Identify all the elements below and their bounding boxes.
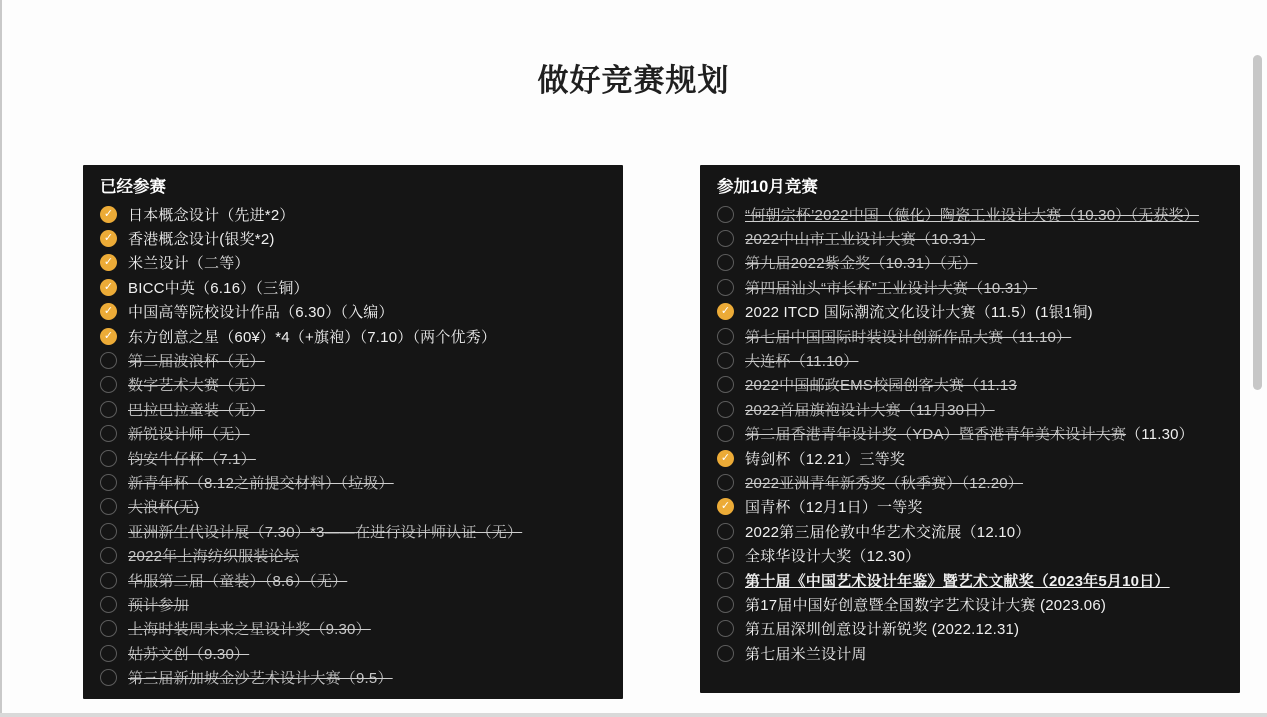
unchecked-circle-icon[interactable] [100, 523, 117, 540]
item-label: 第五届深圳创意设计新锐奖 (2022.12.31) [745, 618, 1019, 639]
checklist-item[interactable]: 2022中国邮政EMS校园创客大赛（11.13 [717, 373, 1226, 397]
item-label: 第九届2022紫金奖（10.31）（无） [745, 252, 977, 273]
item-label: BICC中英（6.16）（三铜） [128, 277, 309, 298]
checked-circle-icon[interactable]: ✓ [717, 303, 734, 320]
item-label: 数字艺术大赛（无） [128, 374, 265, 395]
checklist-item[interactable]: 第四届汕头“市长杯”工业设计大赛（10.31） [717, 275, 1226, 299]
checked-circle-icon[interactable]: ✓ [100, 279, 117, 296]
unchecked-circle-icon[interactable] [100, 572, 117, 589]
unchecked-circle-icon[interactable] [717, 230, 734, 247]
unchecked-circle-icon[interactable] [717, 254, 734, 271]
checklist-item[interactable]: 2022中山市工业设计大赛（10.31） [717, 226, 1226, 250]
item-label: 2022第三届伦敦中华艺术交流展（12.10） [745, 521, 1031, 542]
item-label: 新青年杯（8.12之前提交材料）（垃圾） [128, 472, 394, 493]
unchecked-circle-icon[interactable] [717, 401, 734, 418]
unchecked-circle-icon[interactable] [100, 645, 117, 662]
checked-circle-icon[interactable]: ✓ [717, 498, 734, 515]
item-label: 2022亚洲青年新秀奖（秋季赛）（12.20） [745, 472, 1023, 493]
item-label: “何朝宗杯’2022中国（德化）陶瓷工业设计大赛（10.30）（无获奖） [745, 204, 1199, 225]
item-label: 2022首届旗袍设计大赛（11月30日） [745, 399, 995, 420]
item-label: 第17届中国好创意暨全国数字艺术设计大赛 (2023.06) [745, 594, 1106, 615]
item-label: 亚洲新生代设计展（7.30）*3——在进行设计师认证（无） [128, 521, 522, 542]
unchecked-circle-icon[interactable] [717, 206, 734, 223]
checklist-item[interactable]: ✓ 米兰设计（二等） [100, 251, 609, 275]
checklist-item[interactable]: 第七届中国国际时装设计创新作品大赛（11.10） [717, 324, 1226, 348]
checklist-item[interactable]: 巴拉巴拉童装（无） [100, 397, 609, 421]
checklist-item[interactable]: 第十届《中国艺术设计年鉴》暨艺术文献奖（2023年5月10日） [717, 568, 1226, 592]
checklist-item[interactable]: 姑苏文创（9.30） [100, 641, 609, 665]
checklist-item[interactable]: 华服第二届（童装）（8.6）（无） [100, 568, 609, 592]
item-label: 新锐设计师（无） [128, 423, 250, 444]
checked-circle-icon[interactable]: ✓ [717, 450, 734, 467]
item-label: 2022中山市工业设计大赛（10.31） [745, 228, 985, 249]
unchecked-circle-icon[interactable] [717, 596, 734, 613]
item-label: 第三届新加坡金沙艺术设计大赛（9.5） [128, 667, 393, 688]
unchecked-circle-icon[interactable] [717, 328, 734, 345]
checklist-item[interactable]: 2022首届旗袍设计大赛（11月30日） [717, 397, 1226, 421]
scrollbar-thumb[interactable] [1253, 55, 1262, 390]
note-page: 做好竞赛规划 已经参赛 ✓ 日本概念设计（先进*2） ✓ 香港概念设计(银奖*2… [0, 0, 1267, 717]
checklist-item[interactable]: 亚洲新生代设计展（7.30）*3——在进行设计师认证（无） [100, 519, 609, 543]
item-label: 第二届香港青年设计奖（YDA）暨香港青年美术设计大赛 [745, 423, 1126, 444]
checklist-item[interactable]: 第二届香港青年设计奖（YDA）暨香港青年美术设计大赛（11.30） [717, 422, 1226, 446]
unchecked-circle-icon[interactable] [717, 474, 734, 491]
checklist-item[interactable]: 2022第三届伦敦中华艺术交流展（12.10） [717, 519, 1226, 543]
checked-circle-icon[interactable]: ✓ [100, 254, 117, 271]
item-label: 香港概念设计(银奖*2) [128, 228, 275, 249]
bottom-edge [0, 713, 1267, 717]
item-label: 铸剑杯（12.21）三等奖 [745, 448, 905, 469]
checklist-item[interactable]: 第二届波浪杯（无） [100, 348, 609, 372]
unchecked-circle-icon[interactable] [717, 620, 734, 637]
panel-header: 参加10月竞赛 [717, 175, 1226, 202]
unchecked-circle-icon[interactable] [100, 669, 117, 686]
unchecked-circle-icon[interactable] [100, 425, 117, 442]
checked-circle-icon[interactable]: ✓ [100, 303, 117, 320]
checklist-item[interactable]: 第17届中国好创意暨全国数字艺术设计大赛 (2023.06) [717, 592, 1226, 616]
checklist-item[interactable]: 钧安牛仔杯（7.1） [100, 446, 609, 470]
checklist-item[interactable]: 大浪杯(无) [100, 495, 609, 519]
checklist-item[interactable]: 新锐设计师（无） [100, 422, 609, 446]
item-label: 大连杯（11.10） [745, 350, 858, 371]
unchecked-circle-icon[interactable] [717, 547, 734, 564]
checklist-item[interactable]: 2022亚洲青年新秀奖（秋季赛）（12.20） [717, 470, 1226, 494]
checklist-item[interactable]: 上海时装周未来之星设计奖（9.30） [100, 617, 609, 641]
checklist: “何朝宗杯’2022中国（德化）陶瓷工业设计大赛（10.30）（无获奖） 202… [717, 202, 1226, 665]
item-label: 钧安牛仔杯（7.1） [128, 448, 256, 469]
item-label: 预计参加 [128, 594, 189, 615]
unchecked-circle-icon[interactable] [100, 352, 117, 369]
item-label: 中国高等院校设计作品（6.30）（入编） [128, 301, 394, 322]
unchecked-circle-icon[interactable] [717, 645, 734, 662]
checklist-item[interactable]: 2022年上海纺织服装论坛 [100, 543, 609, 567]
item-label: 姑苏文创（9.30） [128, 643, 249, 664]
checklist-item[interactable]: ✓ 日本概念设计（先进*2） [100, 202, 609, 226]
item-label: 2022中国邮政EMS校园创客大赛（11.13 [745, 374, 1017, 395]
unchecked-circle-icon[interactable] [100, 376, 117, 393]
item-label: 2022年上海纺织服装论坛 [128, 545, 299, 566]
checklist-item[interactable]: ✓ 东方创意之星（60¥）*4（+旗袍）（7.10）（两个优秀） [100, 324, 609, 348]
unchecked-circle-icon[interactable] [100, 450, 117, 467]
checklist-item[interactable]: 第九届2022紫金奖（10.31）（无） [717, 251, 1226, 275]
item-label: 国青杯（12月1日）一等奖 [745, 496, 923, 517]
item-label: 大浪杯(无) [128, 496, 199, 517]
item-label: 上海时装周未来之星设计奖（9.30） [128, 618, 371, 639]
panel-october-competitions: 参加10月竞赛 “何朝宗杯’2022中国（德化）陶瓷工业设计大赛（10.30）（… [700, 165, 1240, 693]
unchecked-circle-icon[interactable] [717, 523, 734, 540]
checklist-item[interactable]: ✓ 香港概念设计(银奖*2) [100, 226, 609, 250]
item-label: 东方创意之星（60¥）*4（+旗袍）（7.10）（两个优秀） [128, 326, 496, 347]
item-label: 第七届中国国际时装设计创新作品大赛（11.10） [745, 326, 1071, 347]
unchecked-circle-icon[interactable] [100, 547, 117, 564]
item-label: 米兰设计（二等） [128, 252, 250, 273]
checklist: ✓ 日本概念设计（先进*2） ✓ 香港概念设计(银奖*2) ✓ 米兰设计（二等）… [100, 202, 609, 690]
unchecked-circle-icon[interactable] [717, 279, 734, 296]
checklist-item[interactable]: ✓ 铸剑杯（12.21）三等奖 [717, 446, 1226, 470]
item-label: 2022 ITCD 国际潮流文化设计大赛（11.5）(1银1铜) [745, 301, 1093, 322]
item-label-suffix: （11.30） [1126, 423, 1194, 444]
checklist-item[interactable]: 预计参加 [100, 592, 609, 616]
checklist-item[interactable]: 第三届新加坡金沙艺术设计大赛（9.5） [100, 665, 609, 689]
unchecked-circle-icon[interactable] [100, 498, 117, 515]
checklist-item[interactable]: ✓ 中国高等院校设计作品（6.30）（入编） [100, 300, 609, 324]
panel-already-participated: 已经参赛 ✓ 日本概念设计（先进*2） ✓ 香港概念设计(银奖*2) ✓ 米兰设… [83, 165, 623, 699]
unchecked-circle-icon[interactable] [100, 596, 117, 613]
unchecked-circle-icon[interactable] [100, 620, 117, 637]
checked-circle-icon[interactable]: ✓ [100, 206, 117, 223]
item-label: 巴拉巴拉童装（无） [128, 399, 265, 420]
checked-circle-icon[interactable]: ✓ [100, 328, 117, 345]
unchecked-circle-icon[interactable] [717, 572, 734, 589]
checklist-item[interactable]: “何朝宗杯’2022中国（德化）陶瓷工业设计大赛（10.30）（无获奖） [717, 202, 1226, 226]
unchecked-circle-icon[interactable] [100, 401, 117, 418]
page-title: 做好竞赛规划 [0, 55, 1267, 100]
item-label: 华服第二届（童装）（8.6）（无） [128, 570, 347, 591]
item-label: 第二届波浪杯（无） [128, 350, 265, 371]
checklist-item[interactable]: ✓ BICC中英（6.16）（三铜） [100, 275, 609, 299]
item-label: 第十届《中国艺术设计年鉴》暨艺术文献奖（2023年5月10日） [745, 570, 1170, 591]
checklist-item[interactable]: ✓ 2022 ITCD 国际潮流文化设计大赛（11.5）(1银1铜) [717, 300, 1226, 324]
unchecked-circle-icon[interactable] [100, 474, 117, 491]
checklist-item[interactable]: ✓ 国青杯（12月1日）一等奖 [717, 495, 1226, 519]
checklist-item[interactable]: 第五届深圳创意设计新锐奖 (2022.12.31) [717, 617, 1226, 641]
item-label: 第四届汕头“市长杯”工业设计大赛（10.31） [745, 277, 1037, 298]
item-label: 全球华设计大奖（12.30） [745, 545, 920, 566]
unchecked-circle-icon[interactable] [717, 352, 734, 369]
checked-circle-icon[interactable]: ✓ [100, 230, 117, 247]
panel-header: 已经参赛 [100, 175, 609, 202]
unchecked-circle-icon[interactable] [717, 376, 734, 393]
checklist-item[interactable]: 数字艺术大赛（无） [100, 373, 609, 397]
item-label: 日本概念设计（先进*2） [128, 204, 295, 225]
window-border [0, 0, 2, 717]
item-label: 第七届米兰设计周 [745, 643, 867, 664]
checklist-item[interactable]: 新青年杯（8.12之前提交材料）（垃圾） [100, 470, 609, 494]
checklist-item[interactable]: 第七届米兰设计周 [717, 641, 1226, 665]
unchecked-circle-icon[interactable] [717, 425, 734, 442]
checklist-item[interactable]: 大连杯（11.10） [717, 348, 1226, 372]
checklist-item[interactable]: 全球华设计大奖（12.30） [717, 543, 1226, 567]
